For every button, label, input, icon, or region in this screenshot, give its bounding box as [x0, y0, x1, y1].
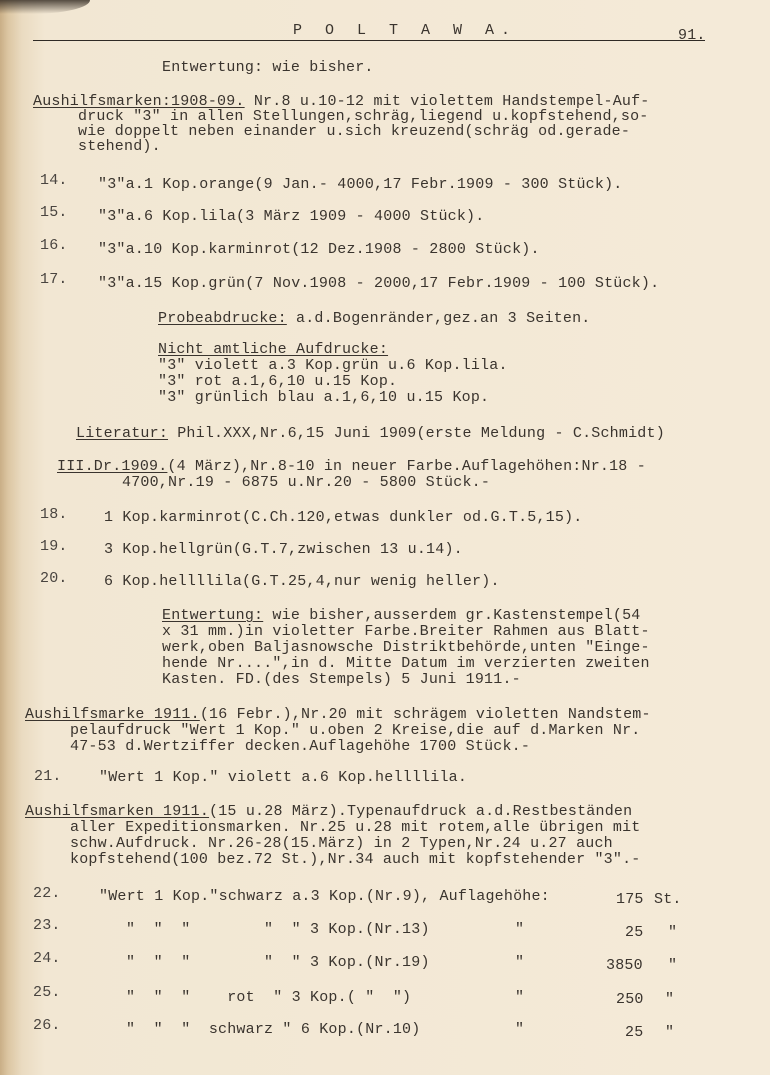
- item-qty: 175: [616, 892, 644, 908]
- item-number: 20.: [40, 571, 68, 587]
- section-label: Entwertung:: [162, 607, 263, 624]
- item-qty: 250: [616, 992, 644, 1008]
- item-number: 14.: [40, 173, 68, 189]
- item-desc: " " " schwarz " 6 Kop.(Nr.10): [126, 1022, 420, 1038]
- header-rule: [33, 40, 705, 41]
- item-unit: ": [668, 925, 677, 941]
- item-unit: St.: [654, 892, 682, 908]
- item-number: 15.: [40, 205, 68, 221]
- item-desc: " " " " " 3 Kop.(Nr.19): [126, 955, 430, 971]
- item-desc: "Wert 1 Kop."schwarz a.3 Kop.(Nr.9), Auf…: [99, 889, 550, 905]
- item-ditto: ": [515, 990, 524, 1006]
- item-text: "3"a.6 Kop.lila(3 März 1909 - 4000 Stück…: [98, 209, 484, 225]
- section-label: Aushilfsmarken 1911.: [25, 803, 209, 820]
- text-line: pelaufdruck "Wert 1 Kop." u.oben 2 Kreis…: [70, 723, 641, 739]
- text-line: 47-53 d.Wertziffer decken.Auflagehöhe 17…: [70, 739, 530, 755]
- item-text: 3 Kop.hellgrün(G.T.7,zwischen 13 u.14).: [104, 542, 463, 558]
- item-number: 19.: [40, 539, 68, 555]
- dr-1909: III.Dr.1909.(4 März),Nr.8-10 in neuer Fa…: [57, 459, 646, 475]
- item-number: 26.: [33, 1018, 61, 1034]
- item-number: 18.: [40, 507, 68, 523]
- item-desc: " " " " " 3 Kop.(Nr.13): [126, 922, 430, 938]
- text-line: aller Expeditionsmarken. Nr.25 u.28 mit …: [70, 820, 641, 836]
- section-label: Aushilfsmarke 1911.: [25, 706, 200, 723]
- item-text: "3"a.15 Kop.grün(7 Nov.1908 - 2000,17 Fe…: [98, 276, 659, 292]
- item-number: 22.: [33, 886, 61, 902]
- binding-shadow: [0, 0, 90, 14]
- item-text: "Wert 1 Kop." violett a.6 Kop.hellllila.: [99, 770, 467, 786]
- text-line: 4700,Nr.19 - 6875 u.Nr.20 - 5800 Stück.-: [122, 475, 490, 491]
- item-unit: ": [665, 1025, 674, 1041]
- text-line: Kasten. FD.(des Stempels) 5 Juni 1911.-: [162, 672, 521, 688]
- literatur: Literatur: Phil.XXX,Nr.6,15 Juni 1909(er…: [76, 426, 665, 442]
- page-number: 91.: [678, 28, 706, 44]
- item-number: 23.: [33, 918, 61, 934]
- probeabdrucke: Probeabdrucke: a.d.Bogenränder,gez.an 3 …: [158, 311, 590, 327]
- entwertung-line: Entwertung: wie bisher.: [162, 60, 374, 76]
- nicht-amtliche-label: Nicht amtliche Aufdrucke:: [158, 342, 388, 358]
- item-ditto: ": [515, 922, 524, 938]
- item-number: 17.: [40, 272, 68, 288]
- item-number: 21.: [34, 769, 62, 785]
- text-line: "3" rot a.1,6,10 u.15 Kop.: [158, 374, 397, 390]
- aushilfsmarken-1911: Aushilfsmarken 1911.(15 u.28 März).Typen…: [25, 804, 632, 820]
- item-qty: 25: [625, 925, 643, 941]
- text-line: werk,oben Baljasnowsche Distriktbehörde,…: [162, 640, 650, 656]
- item-qty: 25: [625, 1025, 643, 1041]
- item-number: 24.: [33, 951, 61, 967]
- item-unit: ": [665, 992, 674, 1008]
- text-line: "3" violett a.3 Kop.grün u.6 Kop.lila.: [158, 358, 508, 374]
- text-line: x 31 mm.)in violetter Farbe.Breiter Rahm…: [162, 624, 650, 640]
- item-desc: " " " rot " 3 Kop.( " "): [126, 990, 411, 1006]
- item-text: "3"a.1 Kop.orange(9 Jan.- 4000,17 Febr.1…: [98, 177, 622, 193]
- text-line: schw.Aufdruck. Nr.26-28(15.März) in 2 Ty…: [70, 836, 613, 852]
- text-line: kopfstehend(100 bez.72 St.),Nr.34 auch m…: [70, 852, 641, 868]
- item-ditto: ": [515, 1022, 524, 1038]
- item-text: 1 Kop.karminrot(C.Ch.120,etwas dunkler o…: [104, 510, 582, 526]
- item-text: "3"a.10 Kop.karminrot(12 Dez.1908 - 2800…: [98, 242, 540, 258]
- item-number: 16.: [40, 238, 68, 254]
- item-qty: 3850: [606, 958, 643, 974]
- section-label: III.Dr.1909.: [57, 458, 167, 475]
- item-unit: ": [668, 958, 677, 974]
- entwertung-block: Entwertung: wie bisher,ausserdem gr.Kast…: [162, 608, 640, 624]
- text-line: "3" grünlich blau a.1,6,10 u.15 Kop.: [158, 390, 489, 406]
- page: P O L T A W A. 91. Entwertung: wie bishe…: [0, 0, 770, 1075]
- text-line: stehend).: [78, 139, 161, 155]
- item-number: 25.: [33, 985, 61, 1001]
- aushilfsmarke-1911: Aushilfsmarke 1911.(16 Febr.),Nr.20 mit …: [25, 707, 651, 723]
- section-label: Literatur:: [76, 425, 168, 442]
- text-line: hende Nr....",in d. Mitte Datum im verzi…: [162, 656, 650, 672]
- page-title: P O L T A W A.: [293, 23, 517, 39]
- item-text: 6 Kop.hellllila(G.T.25,4,nur wenig helle…: [104, 574, 500, 590]
- section-label: Probeabdrucke:: [158, 310, 287, 327]
- item-ditto: ": [515, 955, 524, 971]
